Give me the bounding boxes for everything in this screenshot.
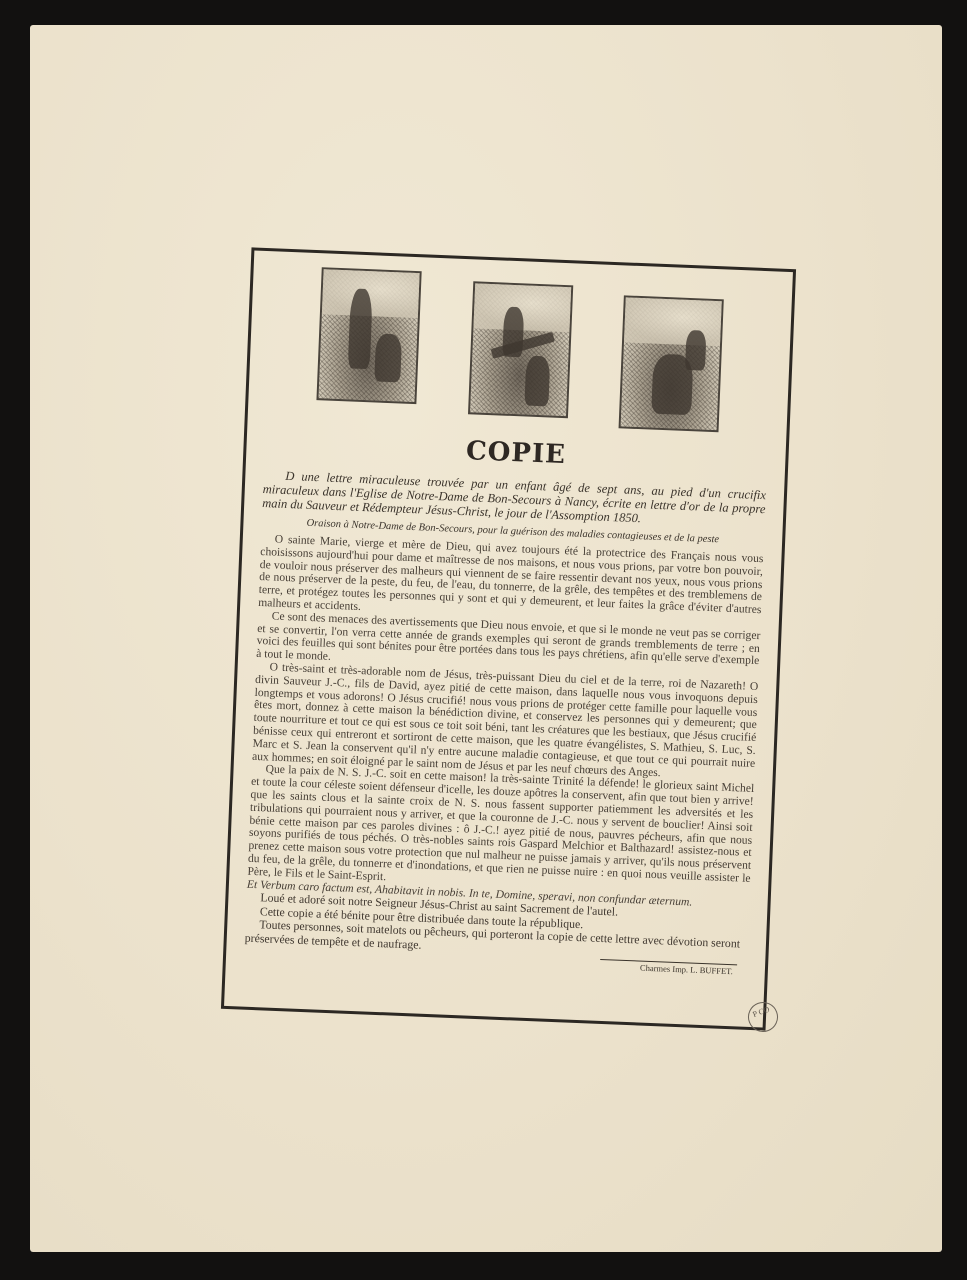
printed-broadside: COPIE D une lettre miraculeuse trouvée p… <box>221 247 796 1030</box>
woodcut-row <box>266 265 775 434</box>
woodcut-deposition-image <box>619 295 724 432</box>
prayer-body: O sainte Marie, vierge et mère de Dieu, … <box>247 533 764 911</box>
woodcut-crucifixion-image <box>467 281 572 418</box>
printed-frame: COPIE D une lettre miraculeuse trouvée p… <box>221 247 796 1030</box>
paragraph: Que la paix de N. S. J.-C. soit en cette… <box>247 763 754 898</box>
woodcut-christ-apparition-image <box>316 267 421 404</box>
